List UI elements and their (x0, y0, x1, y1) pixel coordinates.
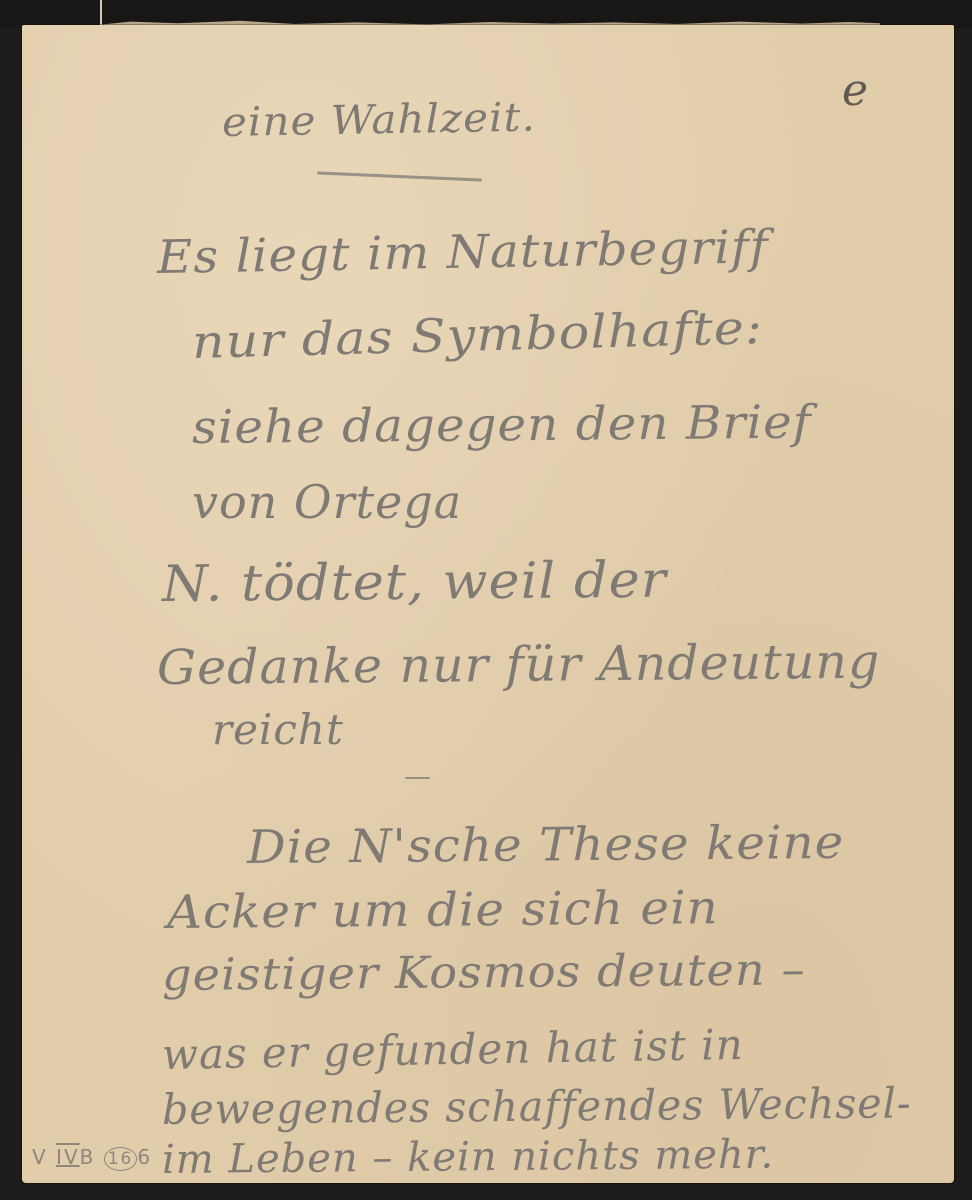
document-scan: e eine Wahlzeit. Es liegt im Naturbegrif… (0, 0, 972, 1200)
archive-signature: V IVB 166 (32, 1145, 152, 1171)
page-letter-mark: e (842, 65, 868, 116)
archive-suffix: 6 (137, 1145, 152, 1169)
handwritten-line-5: von Ortega (192, 475, 462, 529)
handwritten-line-4: siehe dagegen den Brief (192, 395, 812, 454)
archive-prefix: V (32, 1145, 48, 1169)
handwritten-line-10: Acker um die sich ein (167, 880, 719, 939)
handwritten-line-6: N. tödtet, weil der (162, 551, 667, 613)
handwritten-line-9: Die N'sche These keine (247, 815, 845, 874)
handwritten-line-3: nur das Symbolhafte: (191, 300, 763, 369)
handwritten-line-11: geistiger Kosmos deuten – (162, 944, 806, 1001)
paper-fold-mark (100, 0, 102, 26)
manuscript-page: e eine Wahlzeit. Es liegt im Naturbegrif… (22, 25, 954, 1183)
archive-circled-number: 16 (104, 1147, 138, 1171)
archive-sub: B (80, 1145, 96, 1169)
handwritten-line-14: im Leben – kein nichts mehr. (162, 1132, 775, 1183)
handwritten-line-13: bewegendes schaffendes Wechsel- (162, 1078, 912, 1134)
separator-rule-1 (317, 171, 482, 181)
archive-series: IV (56, 1145, 80, 1169)
handwritten-line-8: reicht (212, 705, 344, 754)
handwritten-line-1: eine Wahlzeit. (222, 95, 537, 146)
separator-rule-2 (405, 777, 430, 779)
handwritten-line-2: Es liegt im Naturbegriff (157, 219, 770, 284)
handwritten-line-7: Gedanke nur für Andeutung (157, 634, 881, 696)
handwritten-line-12: was er gefunden hat ist in (162, 1020, 745, 1079)
